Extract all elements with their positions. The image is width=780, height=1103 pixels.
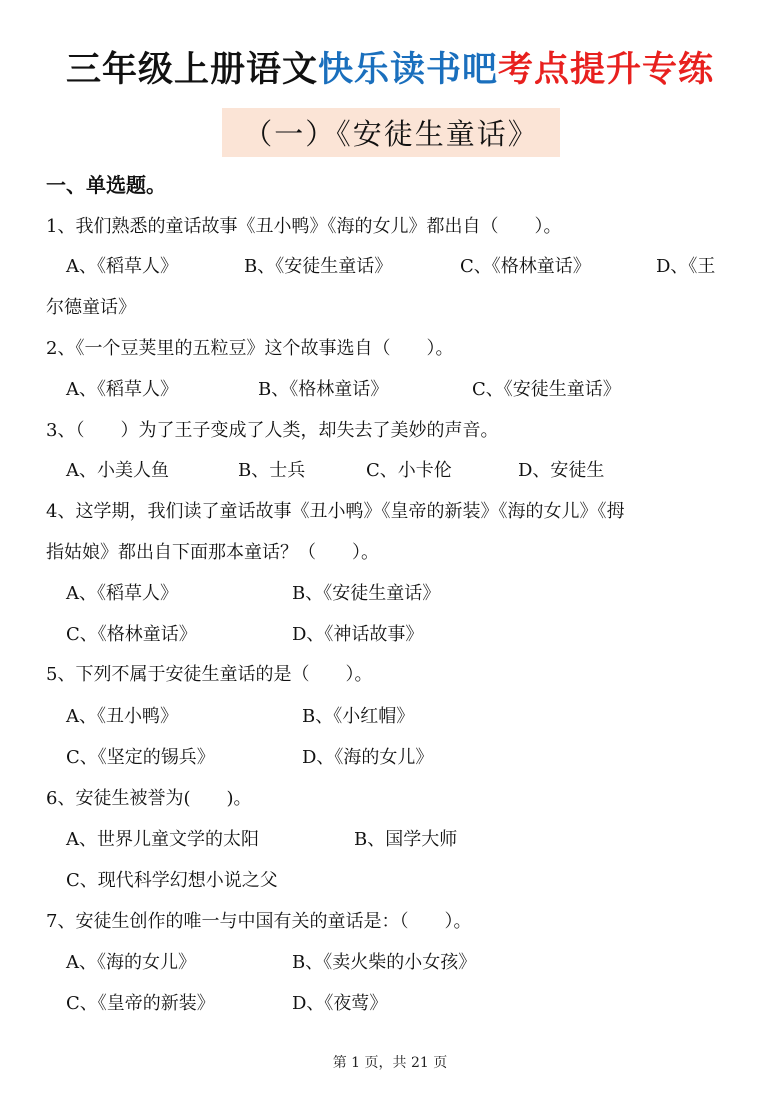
title-practice: 考点提升专练 xyxy=(498,50,714,90)
q3-option-b[interactable]: B、士兵 xyxy=(238,458,305,484)
question-4-stem: 4、这学期，我们读了童话故事《丑小鸭》《皇帝的新装》《海的女儿》《拇 xyxy=(46,499,624,525)
question-7-stem: 7、安徒生创作的唯一与中国有关的童话是：（ ）。 xyxy=(46,909,471,935)
q6-option-b[interactable]: B、国学大师 xyxy=(354,827,457,853)
question-3-stem: 3、（ ）为了王子变成了人类，却失去了美妙的声音。 xyxy=(46,418,498,444)
q2-option-a[interactable]: A、《稻草人》 xyxy=(66,377,178,403)
page-number: 第 1 页，共 21 页 xyxy=(0,1052,780,1072)
subtitle-text: （一）《安徒生童话》 xyxy=(243,112,539,153)
q7-option-b[interactable]: B、《卖火柴的小女孩》 xyxy=(292,950,476,976)
q1-option-c[interactable]: C、《格林童话》 xyxy=(460,254,591,280)
q4-option-a[interactable]: A、《稻草人》 xyxy=(66,581,178,607)
question-2-stem: 2、《一个豆荚里的五粒豆》这个故事选自（ ）。 xyxy=(46,336,453,362)
q6-option-a[interactable]: A、世界儿童文学的太阳 xyxy=(66,827,259,853)
q3-option-d[interactable]: D、安徒生 xyxy=(518,458,604,484)
q5-option-a[interactable]: A、《丑小鸭》 xyxy=(66,704,178,730)
q1-option-b[interactable]: B、《安徒生童话》 xyxy=(244,254,392,280)
question-1-stem: 1、我们熟悉的童话故事《丑小鸭》《海的女儿》都出自（ ）。 xyxy=(46,214,561,240)
subtitle-banner: （一）《安徒生童话》 xyxy=(222,108,560,157)
q4-option-d[interactable]: D、《神话故事》 xyxy=(292,622,423,648)
q1-option-a[interactable]: A、《稻草人》 xyxy=(66,254,178,280)
question-4-stem-wrap: 指姑娘》都出自下面那本童话？（ ）。 xyxy=(46,540,379,566)
q7-option-c[interactable]: C、《皇帝的新装》 xyxy=(66,991,215,1017)
q7-option-d[interactable]: D、《夜莺》 xyxy=(292,991,387,1017)
title-grade: 三年级上册语文 xyxy=(66,50,318,90)
title-reading: 快乐读书吧 xyxy=(318,50,498,90)
q3-option-a[interactable]: A、小美人鱼 xyxy=(66,458,169,484)
q3-option-c[interactable]: C、小卡伦 xyxy=(366,458,452,484)
document-title: 三年级上册语文快乐读书吧考点提升专练 xyxy=(0,46,780,94)
q2-option-b[interactable]: B、《格林童话》 xyxy=(258,377,388,403)
q2-option-c[interactable]: C、《安徒生童话》 xyxy=(472,377,621,403)
q1-option-d-wrap: 尔德童话》 xyxy=(46,295,136,321)
section-heading: 一、单选题。 xyxy=(46,172,166,198)
q1-option-d[interactable]: D、《王 xyxy=(656,254,715,280)
question-5-stem: 5、下列不属于安徒生童话的是（ ）。 xyxy=(46,662,372,688)
q4-option-c[interactable]: C、《格林童话》 xyxy=(66,622,197,648)
q5-option-b[interactable]: B、《小红帽》 xyxy=(302,704,414,730)
q6-option-c[interactable]: C、现代科学幻想小说之父 xyxy=(66,868,278,894)
q5-option-c[interactable]: C、《坚定的锡兵》 xyxy=(66,745,215,771)
q7-option-a[interactable]: A、《海的女儿》 xyxy=(66,950,196,976)
question-6-stem: 6、安徒生被誉为( )。 xyxy=(46,786,252,812)
q4-option-b[interactable]: B、《安徒生童话》 xyxy=(292,581,440,607)
q5-option-d[interactable]: D、《海的女儿》 xyxy=(302,745,433,771)
